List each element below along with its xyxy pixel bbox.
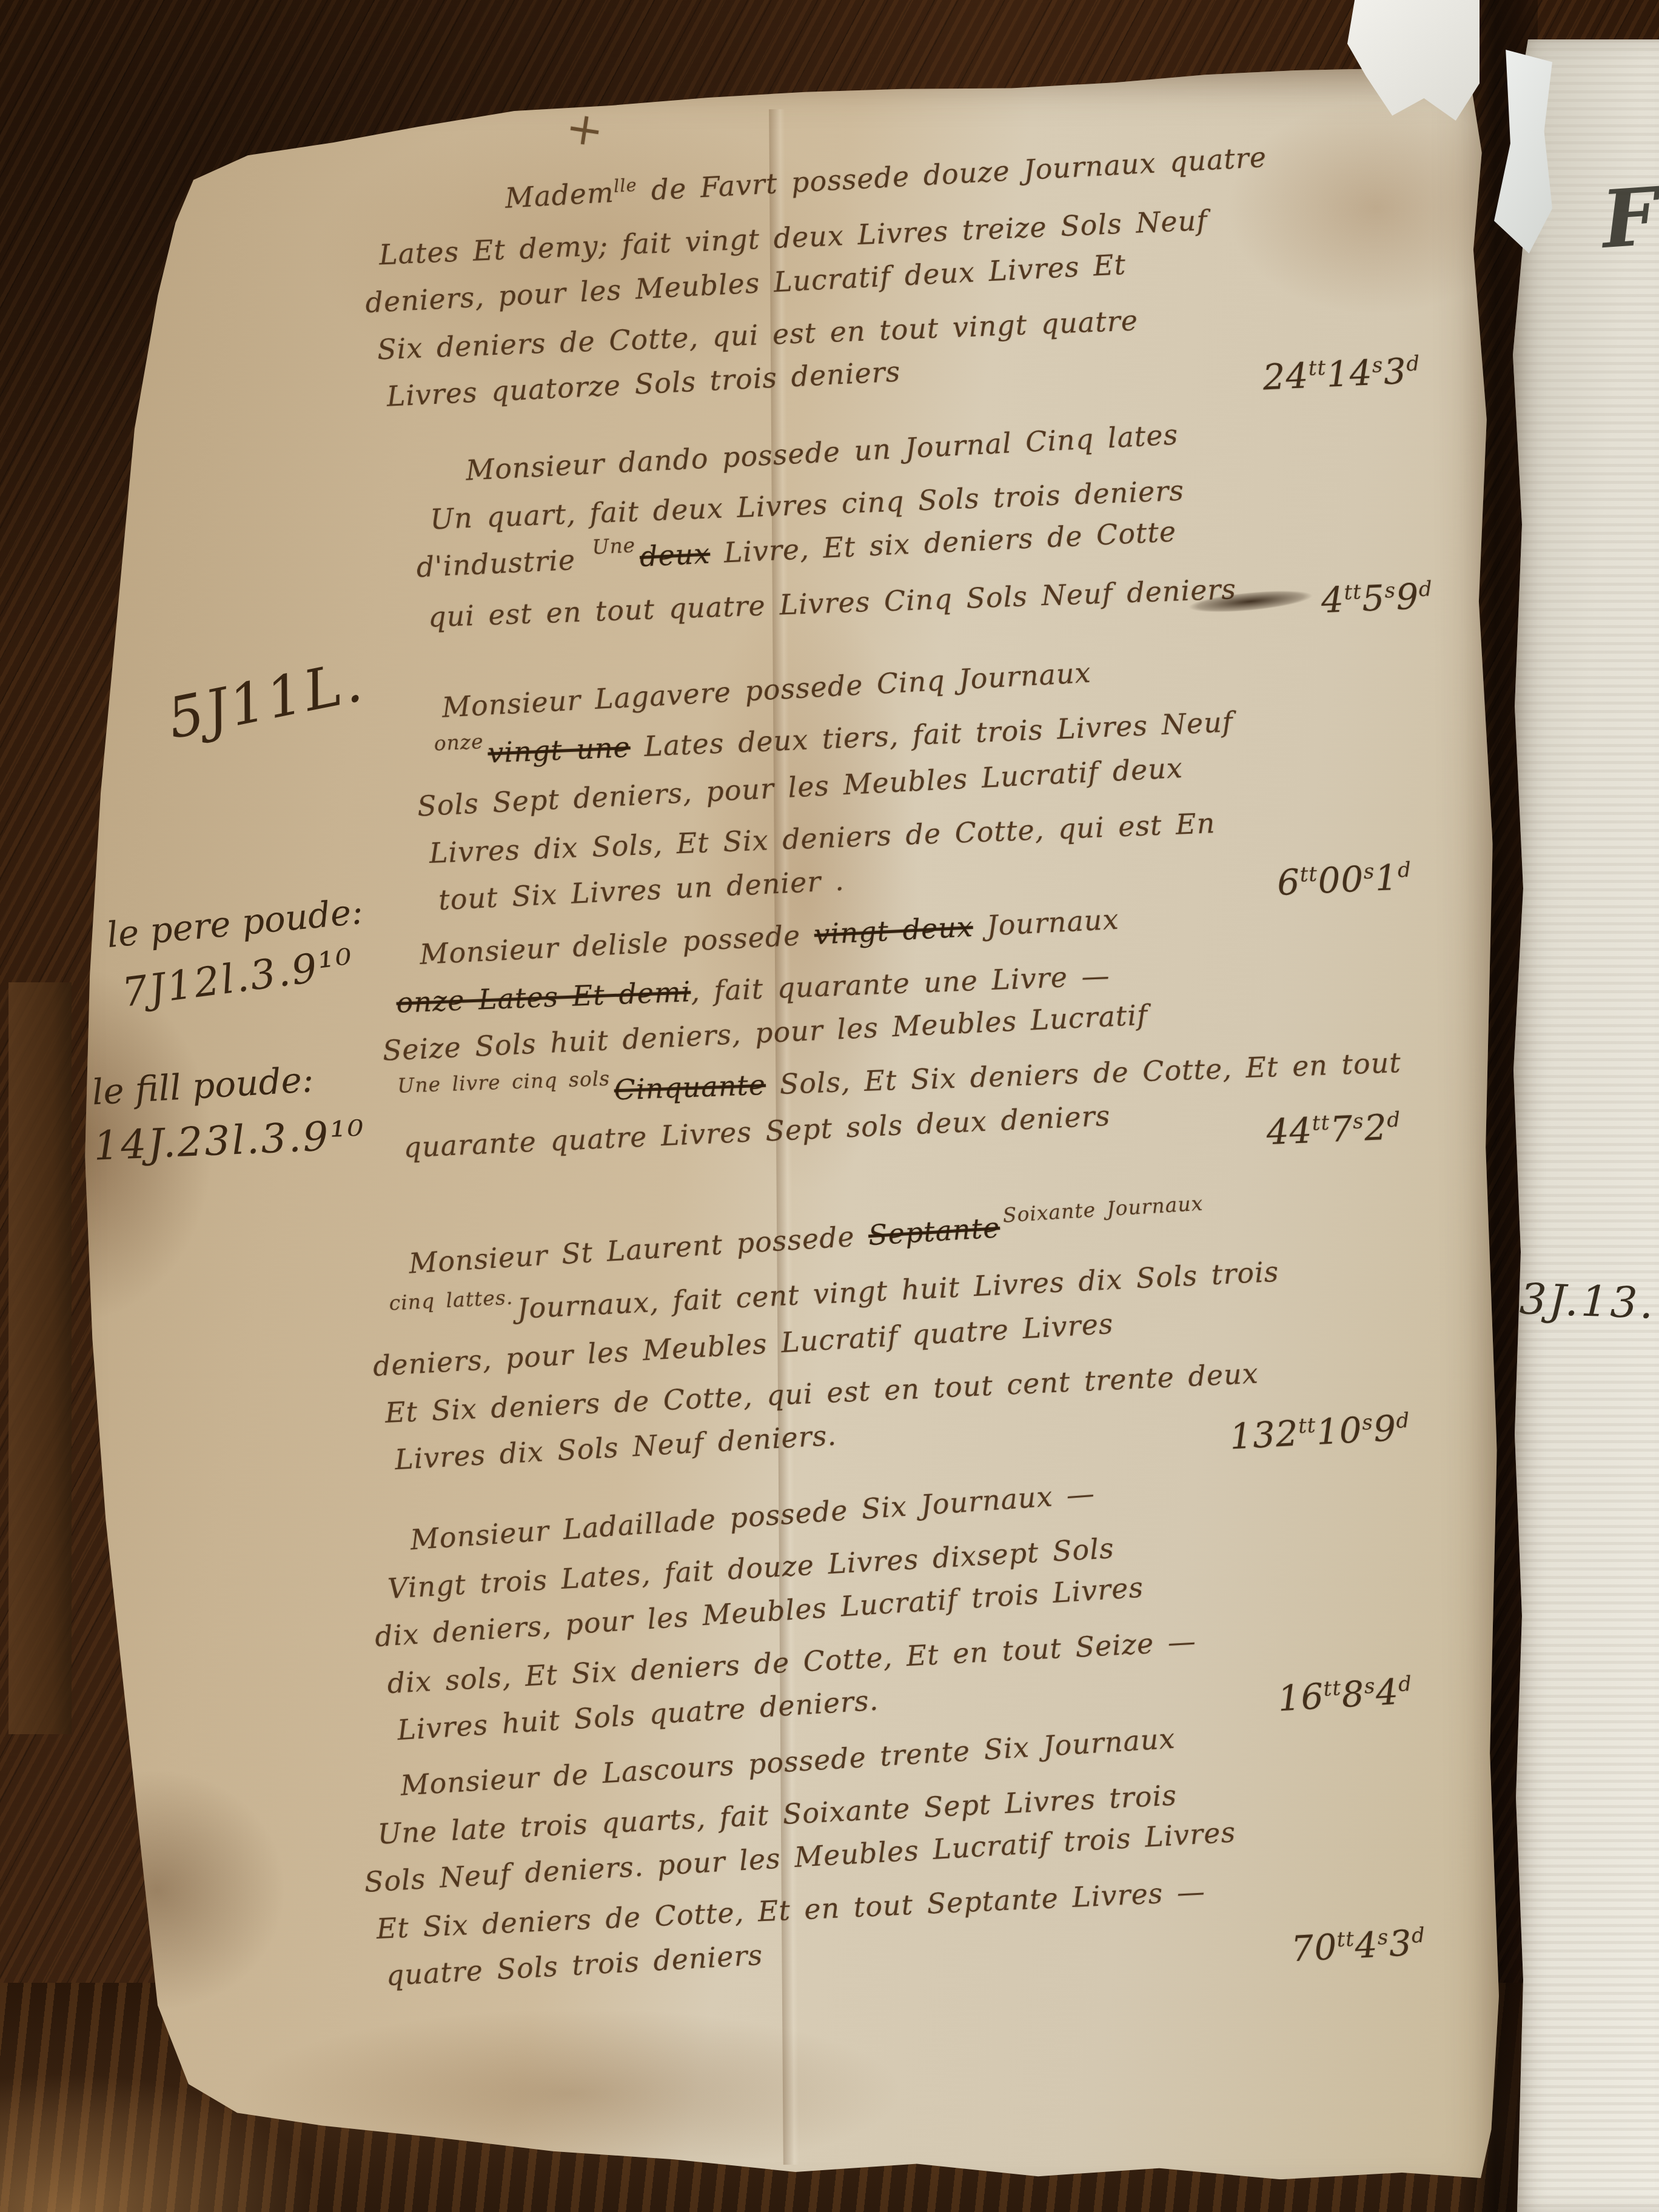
struck-text: vingt deux	[813, 910, 974, 951]
entry-delisle: Monsieur delisle possede vingt deux Jour…	[383, 888, 1466, 1193]
superscript-text: lle	[612, 161, 638, 210]
inserted-text: cinq lattes.	[388, 1274, 514, 1327]
struck-text: onze Lates Et demi	[396, 975, 692, 1019]
struck-text: Septante	[867, 1211, 1000, 1252]
margin-note-fill-value: 14J.23l.3.9¹⁰	[93, 1111, 367, 1170]
inserted-text: Une	[591, 521, 637, 571]
printed-ornament-fragment: F	[1600, 189, 1659, 247]
cross-mark: +	[562, 101, 608, 158]
struck-text: vingt une	[487, 731, 631, 769]
struck-text: Cinquante	[614, 1068, 766, 1107]
text-segment: d'industrie	[415, 543, 589, 583]
right-page-edge: F 3J.13.	[1510, 39, 1659, 2212]
photograph-of-manuscript: + Mademlle de Favrt possede douze Journa…	[0, 0, 1659, 2212]
entries-container: Mademlle de Favrt possede douze Journaux…	[72, 68, 1490, 78]
inserted-text: onze	[433, 718, 484, 767]
inserted-text: Une livre cinq sols	[397, 1055, 611, 1110]
entry-dando: Monsieur dando possede un Journal Cinq l…	[417, 404, 1498, 662]
right-page-margin-note: 3J.13.	[1519, 1274, 1657, 1329]
text-segment: Journaux	[972, 903, 1119, 943]
manuscript-page: + Mademlle de Favrt possede douze Journa…	[72, 68, 1505, 2200]
inserted-text: Soixante Journaux	[1002, 1180, 1205, 1239]
struck-text: deux	[639, 537, 711, 573]
entry-favrt: Mademlle de Favrt possede douze Journaux…	[364, 130, 1485, 441]
margin-note-holding: 5J11L.	[163, 649, 370, 751]
wood-board-left-edge	[8, 982, 72, 1734]
text-segment: Madem	[504, 176, 614, 215]
margin-note-fill-label: le fill poude:	[91, 1059, 315, 1113]
